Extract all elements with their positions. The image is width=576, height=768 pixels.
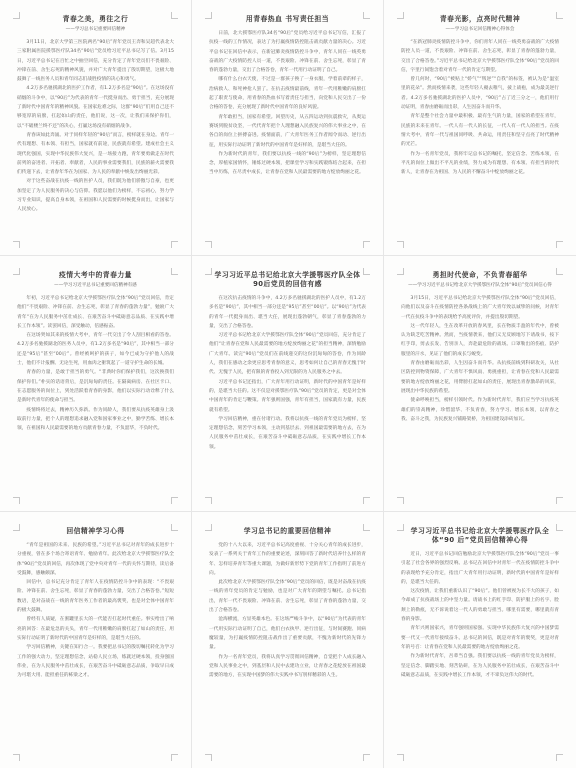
body-paragraph: 沧海横流，方显英雄本色。在这场严峻斗争中，以“90后”为代表的青年一代用实际行动… <box>209 615 366 652</box>
crop-mark-icon <box>397 268 404 275</box>
crop-mark-icon <box>205 241 212 248</box>
document-page-3: 青春光影，点亮时代精神 ——学习总书记回信精神心得体会 “在新冠肺炎疫情防控斗争… <box>384 0 576 256</box>
body-paragraph: 作为一名青年党员，我将牢记总书记的嘱托，坚定信念、苦练本领，在平凡的岗位上做出不… <box>401 150 559 178</box>
crop-mark-icon <box>171 12 178 19</box>
page-subtitle: ——学习总书记回信精神心得体会 <box>402 27 558 33</box>
body-paragraph: “在新冠肺炎疫情防控斗争中，你们青年人同在一线英勇奋战的广大疫情防控人员一道，不… <box>401 38 559 75</box>
page-body: 3月11日，北京大学第三医院两名“90后”青年党员王奔和吴超代表北大三家附属医院… <box>17 38 174 243</box>
body-paragraph: 青春由磨砺而出彩，人生因奋斗而升华。从抗疫前线到科研攻关，从社区防控到物资保障，… <box>401 359 559 396</box>
body-paragraph: 学习回信精神，重在付诸行动。我将以抗疫一线的青年党员为榜样，坚定理想信念，刻苦学… <box>209 415 366 452</box>
body-paragraph: 党的十八大以来，习近平总书记高度重视、十分关心青年的成长进步，发表了一系列关于青… <box>209 541 366 578</box>
body-paragraph: 青年是整个社会力量中最积极、最有生气的力量，国家的希望在青年，民族的未来在青年。… <box>401 112 559 149</box>
crop-mark-icon <box>171 524 178 531</box>
body-paragraph: 近日，习近平总书记回信勉励北京大学援鄂医疗队全体“90后”党员一事引起了社会各界… <box>401 550 559 587</box>
body-paragraph: 青春的力量，是敢于担当的勇气。“非典时你们保护我们，这次换我们保护你们。”朴实的… <box>17 368 174 405</box>
crop-mark-icon <box>13 754 20 761</box>
body-paragraph: 曾几何时，“90后”被贴上“娇气”“叛逆”“自我”的标签，被认为是“温室里的花朵… <box>401 75 559 112</box>
document-page-6: 勇担时代使命，不负青春韶华 ——学习习近平总书记给北京大学援鄂医疗队全体“90后… <box>384 256 576 512</box>
crop-mark-icon <box>205 754 212 761</box>
body-paragraph: 青年敢担当，国家有希望。回望历史，从五四运动到抗震救灾，从奥运赛场到脱贫攻坚，一… <box>209 113 366 150</box>
page-title: 疫情大考中的青春力量 <box>20 271 171 280</box>
document-page-9: 学习习近平总书记给北京大学援鄂医疗队全体“90 后”党员回信精神心得 近日，习近… <box>384 512 576 768</box>
body-paragraph: 在这次抗击疫情的斗争中，4.2万多名驰援湖北的医护人员中，有1.2万多名是“90… <box>209 294 366 331</box>
page-body: “青年是祖国的未来、民族的希望。”习近平总书记对青年的成长进步十分重视，曾在多个… <box>17 541 174 756</box>
crop-mark-icon <box>556 497 563 504</box>
body-paragraph: 年初，习近平总书记给北京大学援鄂医疗队全体“90后”党员回信，肯定他们“不畏艰险… <box>17 294 174 331</box>
document-page-4: 疫情大考中的青春力量 ——学习习近平总书记重要回信精神有感 年初，习近平总书记给… <box>0 256 192 512</box>
page-body: 党的十八大以来，习近平总书记高度重视、十分关心青年的成长进步，发表了一系列关于青… <box>209 541 366 756</box>
body-paragraph: 曾经有人质疑，在蜜罐里长大的一代能否扛起时代重任。事实给出了响亮的回答：在最危急… <box>17 615 174 643</box>
page-body: 年初，习近平总书记给北京大学援鄂医疗队全体“90后”党员回信，肯定他们“不畏艰险… <box>17 294 174 499</box>
body-paragraph: 对于这些奋战在抗疫一线的医护人员，我们既为他们骄傲与自豪，也更加坚定了为人民服务… <box>17 177 174 214</box>
document-page-5: 学习习近平总书记给北京大学援鄂医疗队全体90后党员的回信有感 在这次抗击疫情的斗… <box>192 256 384 512</box>
crop-mark-icon <box>397 241 404 248</box>
body-paragraph: 哪有什么白衣天使，不过是一群孩子换了一身衣服，学着前辈的样子，治病救人、和死神抢… <box>209 75 366 112</box>
crop-mark-icon <box>397 12 404 19</box>
page-title: 学习总书记的重要回信精神 <box>212 527 363 536</box>
page-title: 回信精神学习心得 <box>20 527 171 536</box>
page-subtitle: ——学习总书记重要回信精神 <box>18 27 173 33</box>
body-paragraph: 作为一名青年党员，我将认真学习贯彻回信精神，自觉把个人成长融入党和人民事业之中，… <box>209 653 366 681</box>
body-paragraph: 在这场突如其来的疫情大考中，青年一代交出了令人刮目相看的答卷。4.2万多名驰援湖… <box>17 331 174 368</box>
crop-mark-icon <box>556 754 563 761</box>
page-title: 青春之美，勇往之行 <box>20 15 171 24</box>
page-title: 用青春热血 书写责任担当 <box>212 15 363 24</box>
crop-mark-icon <box>556 12 563 19</box>
crop-mark-icon <box>205 497 212 504</box>
crop-mark-icon <box>363 524 370 531</box>
body-paragraph: 作为新时代青年，吾辈当自强。我们要以抗疫一线的青年党员为榜样，坚定信念、脚踏实地… <box>401 652 559 680</box>
body-paragraph: 青春该如此奔涌。对于同样年轻的“90后”而言，榜样就在身边。青年一代有理想、有本… <box>17 131 174 177</box>
body-paragraph: 习近平总书记给北京大学援鄂医疗队全体“90后”党员回信，充分肯定了他们“让青春在… <box>209 331 366 377</box>
crop-mark-icon <box>397 754 404 761</box>
crop-mark-icon <box>363 12 370 19</box>
page-subtitle: ——学习习近平总书记重要回信精神有感 <box>18 283 173 289</box>
document-page-2: 用青春热血 书写责任担当 日前，北大援鄂医疗队34名“90后”党员给习近平总书记… <box>192 0 384 256</box>
crop-mark-icon <box>556 524 563 531</box>
body-paragraph: 此次给北京大学援鄂医疗队全体“90后”党员的回信，既是对奋战在抗疫一线的青年党员… <box>209 578 366 615</box>
document-page-1: 青春之美，勇往之行 ——学习总书记重要回信精神 3月11日，北京大学第三医院两名… <box>0 0 192 256</box>
document-thumbnail-grid: 青春之美，勇往之行 ——学习总书记重要回信精神 3月11日，北京大学第三医院两名… <box>0 0 576 768</box>
body-paragraph: 作为新时代的青年，我们要以抗疫一线的“90后”为榜样，坚定理想信念，厚植家国情怀… <box>209 150 366 178</box>
crop-mark-icon <box>363 497 370 504</box>
page-title: 青春光影，点亮时代精神 <box>404 15 556 24</box>
body-paragraph: 3月11日，北京大学第三医院两名“90后”青年党员王奔和吴超代表北大三家附属医院… <box>17 38 174 84</box>
body-paragraph: 3月15日，习近平总书记给北京大学援鄂医疗队全体“90后”党员回信，向他们以及奋… <box>401 294 559 322</box>
crop-mark-icon <box>397 524 404 531</box>
body-paragraph: 这次疫情，让我们重新认识了“90后”。他们曾被视为长不大的孩子，如今却成了抗疫战… <box>401 587 559 624</box>
crop-mark-icon <box>13 268 20 275</box>
crop-mark-icon <box>13 12 20 19</box>
body-paragraph: 青年兴则国家兴，青年强则国家强。实现中华民族伟大复兴的中国梦需要一代又一代青年接… <box>401 624 559 652</box>
page-title: 学习习近平总书记给北京大学援鄂医疗队全体90后党员的回信有感 <box>212 271 363 289</box>
crop-mark-icon <box>556 268 563 275</box>
page-title: 学习习近平总书记给北京大学援鄂医疗队全体“90 后”党员回信精神心得 <box>404 527 556 545</box>
crop-mark-icon <box>171 497 178 504</box>
body-paragraph: 习近平总书记还指出，广大青年用行动证明，新时代的中国青年是好样的，是堪当大任的。… <box>209 378 366 415</box>
page-subtitle: ——学习习近平总书记给北京大学援鄂医疗队全体“90后”党员回信心得 <box>402 283 558 289</box>
body-paragraph: 使命呼唤担当，榜样引领时代。作为新时代青年，我们应当学习抗疫英雄们的崇高精神，珍… <box>401 396 559 424</box>
page-body: 日前，北大援鄂医疗队34名“90后”党员给习近平总书记写信，汇报了抗疫一线的工作… <box>209 29 366 243</box>
body-paragraph: 日前，北大援鄂医疗队34名“90后”党员给习近平总书记写信，汇报了抗疫一线的工作… <box>209 29 366 75</box>
page-body: 在这次抗击疫情的斗争中，4.2万多名驰援湖北的医护人员中，有1.2万多名是“90… <box>209 294 366 499</box>
body-paragraph: “青年是祖国的未来、民族的希望。”习近平总书记对青年的成长进步十分重视，曾在多个… <box>17 541 174 578</box>
crop-mark-icon <box>363 241 370 248</box>
crop-mark-icon <box>363 754 370 761</box>
page-body: “在新冠肺炎疫情防控斗争中，你们青年人同在一线英勇奋战的广大疫情防控人员一道，不… <box>401 38 559 243</box>
crop-mark-icon <box>13 497 20 504</box>
body-paragraph: 疫情终将过去，精神历久弥新。作为同龄人，我们要从抗疫英雄身上汲取前行力量，把个人… <box>17 406 174 434</box>
page-title: 勇担时代使命，不负青春韶华 <box>404 271 556 280</box>
crop-mark-icon <box>397 497 404 504</box>
body-paragraph: 学习回信精神，关键在知行合一。我要把总书记的殷切嘱托转化为学习工作的强大动力，坚… <box>17 643 174 680</box>
document-page-7: 回信精神学习心得 “青年是祖国的未来、民族的希望。”习近平总书记对青年的成长进步… <box>0 512 192 768</box>
page-body: 3月15日，习近平总书记给北京大学援鄂医疗队全体“90后”党员回信，向他们以及奋… <box>401 294 559 499</box>
crop-mark-icon <box>205 12 212 19</box>
crop-mark-icon <box>171 268 178 275</box>
crop-mark-icon <box>363 268 370 275</box>
document-page-8: 学习总书记的重要回信精神 党的十八大以来，习近平总书记高度重视、十分关心青年的成… <box>192 512 384 768</box>
crop-mark-icon <box>556 241 563 248</box>
crop-mark-icon <box>13 524 20 531</box>
body-paragraph: 这一代年轻人，生在改革开放的春风里，长在物质丰盈的年代中，曾被认为缺乏吃苦精神。… <box>401 322 559 359</box>
crop-mark-icon <box>13 241 20 248</box>
page-body: 近日，习近平总书记回信勉励北京大学援鄂医疗队全体“90后”党员一事引起了社会各界… <box>401 550 559 756</box>
crop-mark-icon <box>205 524 212 531</box>
crop-mark-icon <box>171 754 178 761</box>
body-paragraph: 4.2万多名驰援湖北的医护工作者，有1.2万多名是“90后”。在这场没有硝烟的斗… <box>17 84 174 130</box>
crop-mark-icon <box>205 268 212 275</box>
crop-mark-icon <box>171 241 178 248</box>
body-paragraph: 回信中，总书记充分肯定了青年人在疫情防控斗争中的表现：“不畏艰险、冲锋在前、舍生… <box>17 578 174 615</box>
